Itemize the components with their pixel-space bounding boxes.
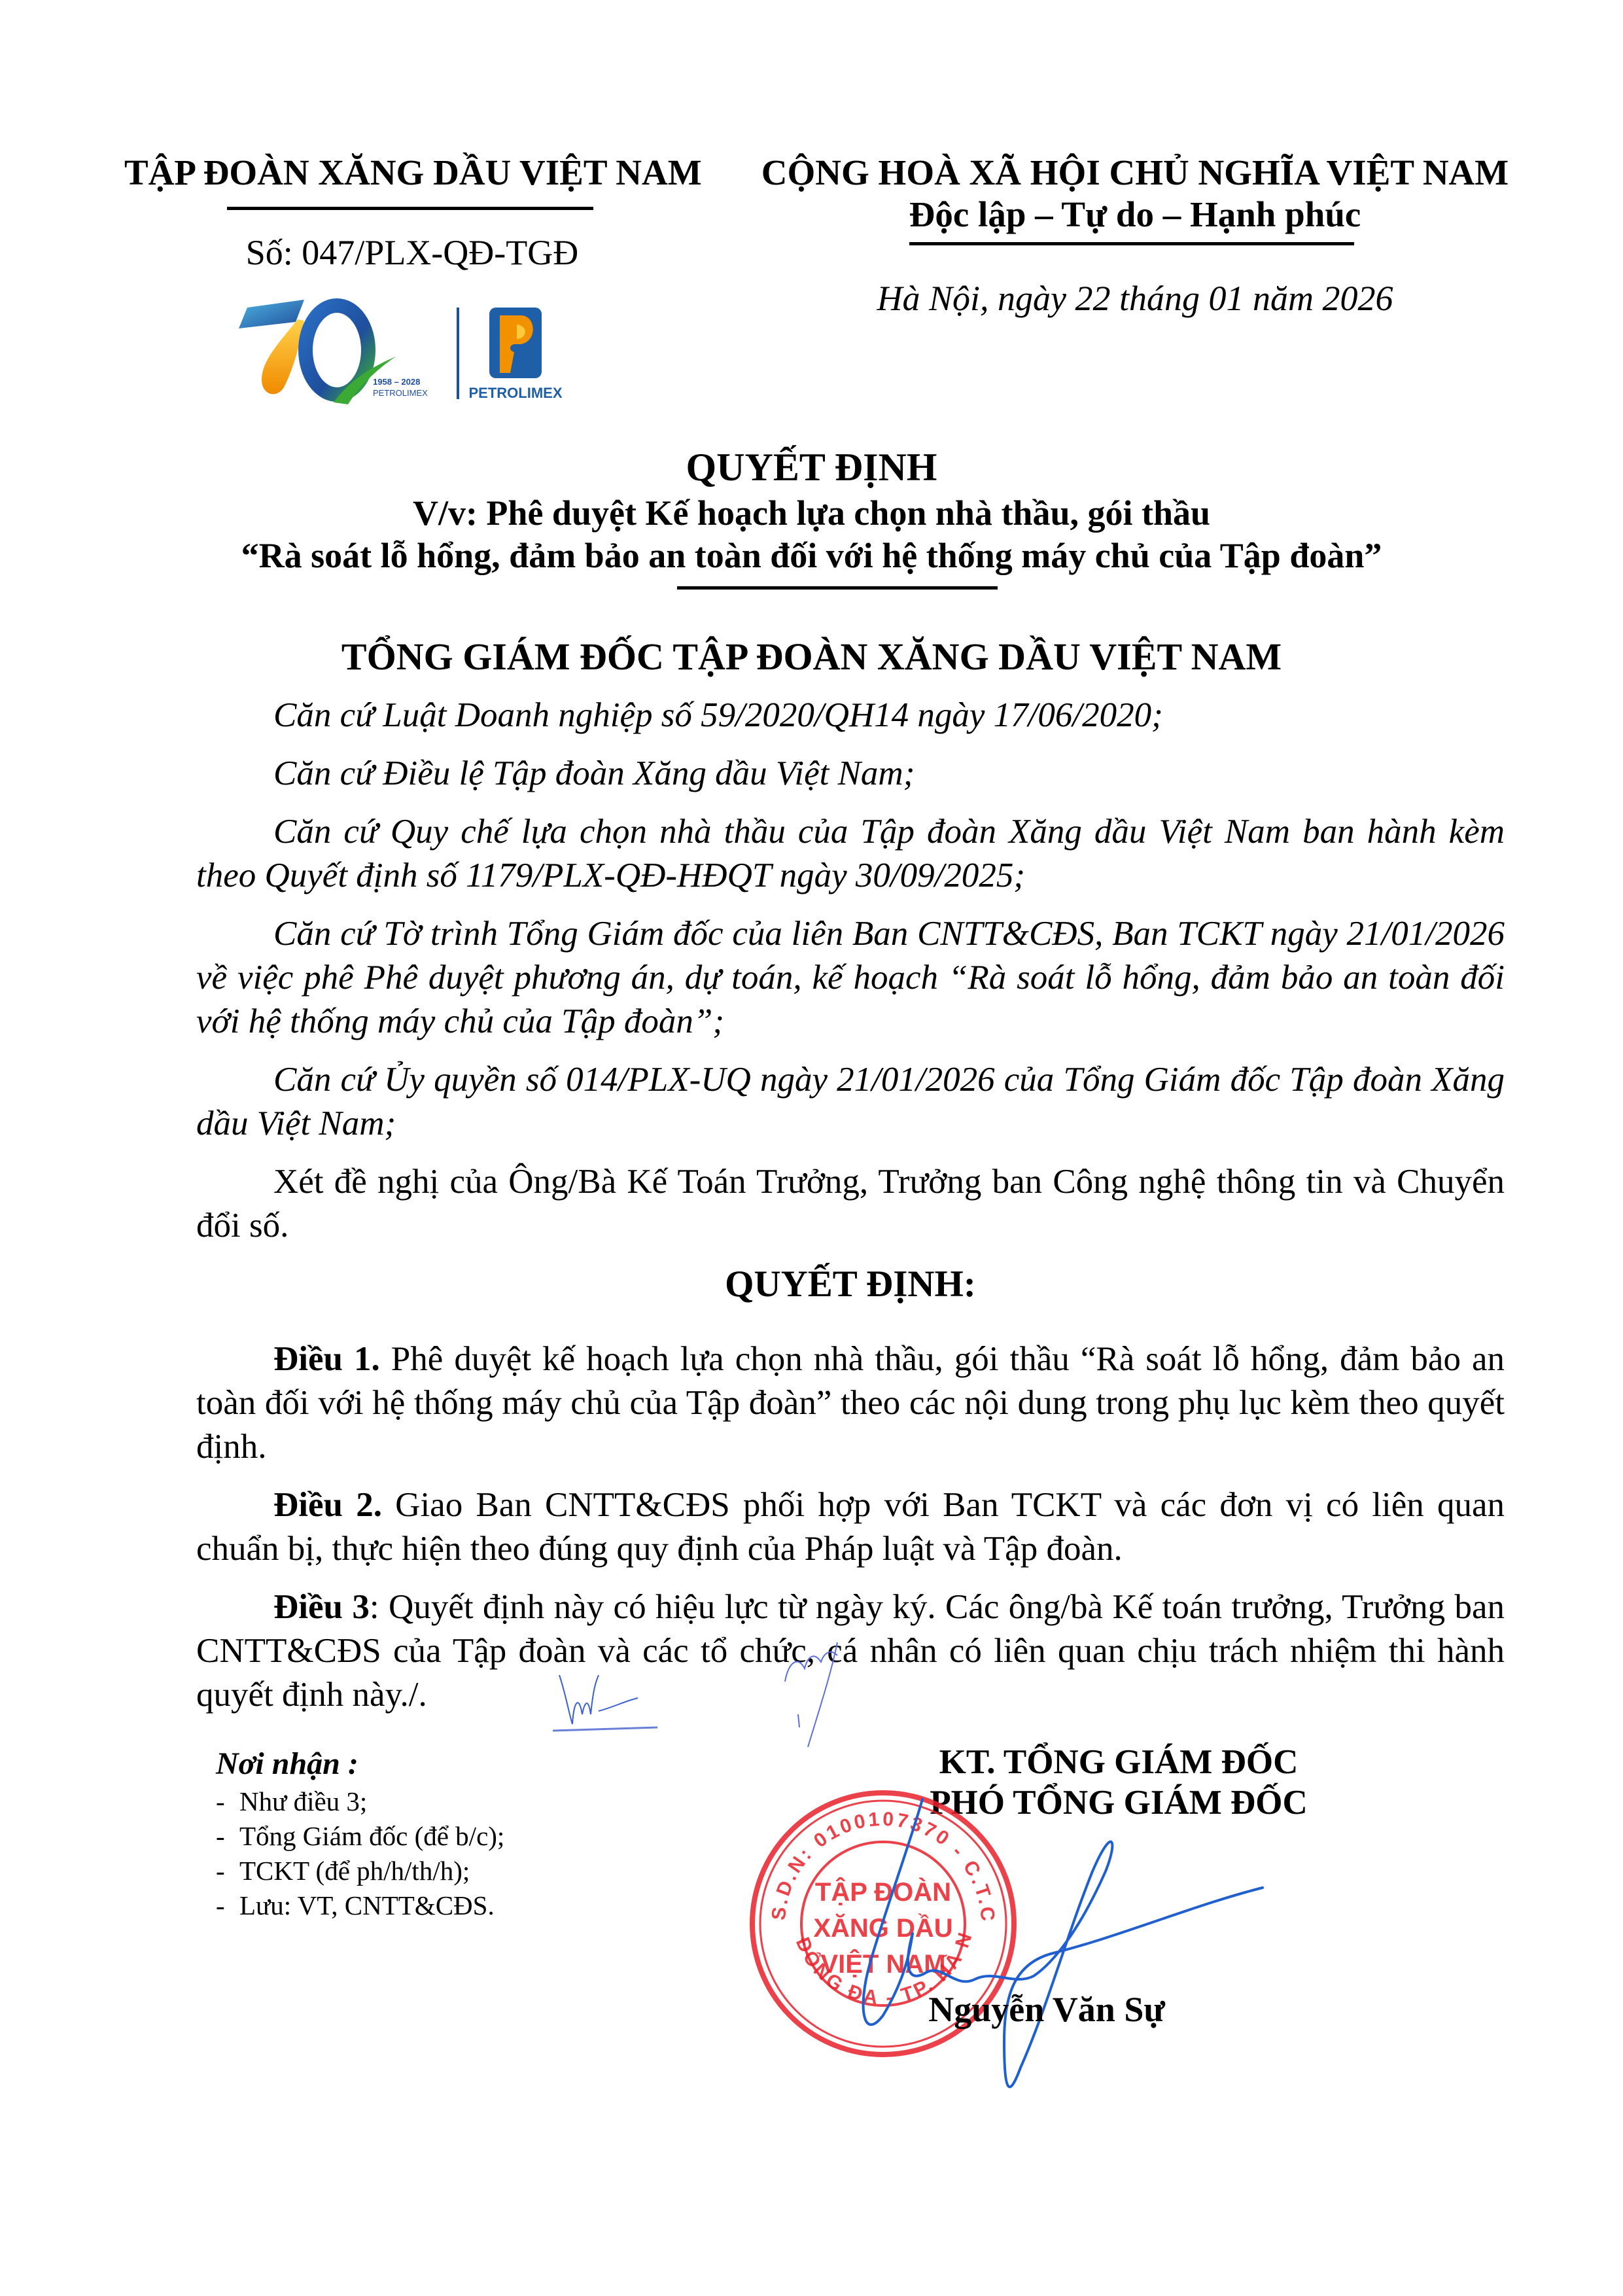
organization-name: TẬP ĐOÀN XĂNG DẦU VIỆT NAM (124, 152, 700, 193)
article-2-label: Điều 2. (273, 1486, 382, 1524)
place-and-date: Hà Nội, ngày 22 tháng 01 năm 2026 (759, 278, 1511, 319)
logo-block: 1958 – 2028 PETROLIMEX PETROLIMEX (236, 288, 628, 406)
article-1-text: Phê duyệt kế hoạch lựa chọn nhà thầu, gó… (196, 1340, 1505, 1466)
initial-signature-2-icon (772, 1642, 864, 1747)
recipients-block: Nơi nhận : -Như điều 3; -Tổng Giám đốc (… (216, 1746, 739, 1923)
subject-line-2: “Rà soát lỗ hổng, đảm bảo an toàn đối vớ… (0, 535, 1623, 576)
national-motto: Độc lập – Tự do – Hạnh phúc (759, 194, 1511, 235)
article-1: Điều 1. Phê duyệt kế hoạch lựa chọn nhà … (196, 1337, 1505, 1469)
legal-basis-4: Căn cứ Tờ trình Tổng Giám đốc của liên B… (196, 912, 1505, 1044)
article-2: Điều 2. Giao Ban CNTT&CĐS phối hợp với B… (196, 1483, 1505, 1571)
title-underline (677, 586, 998, 590)
article-2-text: Giao Ban CNTT&CĐS phối hợp với Ban TCKT … (196, 1486, 1505, 1568)
legal-basis-2: Căn cứ Điều lệ Tập đoàn Xăng dầu Việt Na… (196, 752, 1505, 796)
initial-signature-1-icon (553, 1662, 684, 1734)
legal-basis-3: Căn cứ Quy chế lựa chọn nhà thầu của Tập… (196, 810, 1505, 898)
issuing-authority: TỔNG GIÁM ĐỐC TẬP ĐOÀN XĂNG DẦU VIỆT NAM (0, 635, 1623, 679)
recipients-list: -Như điều 3; -Tổng Giám đốc (để b/c); -T… (216, 1784, 739, 1923)
signatory-title-1: KT. TỔNG GIÁM ĐỐC (824, 1742, 1413, 1782)
republic-heading: CỘNG HOÀ XÃ HỘI CHỦ NGHĨA VIỆT NAM (759, 152, 1511, 193)
document-body: Căn cứ Luật Doanh nghiệp số 59/2020/QH14… (196, 694, 1505, 1731)
decision-heading: QUYẾT ĐỊNH: (196, 1262, 1505, 1306)
document-number: Số: 047/PLX-QĐ-TGĐ (124, 232, 700, 273)
article-1-label: Điều 1. (273, 1340, 380, 1378)
motto-underline (909, 242, 1354, 245)
organization-underline (227, 207, 593, 210)
recipient-item: -Lưu: VT, CNTT&CĐS. (216, 1888, 739, 1923)
recipient-item: -TCKT (để ph/h/th/h); (216, 1854, 739, 1888)
recipients-title: Nơi nhận : (216, 1746, 739, 1782)
subject-line-1: V/v: Phê duyệt Kế hoạch lựa chọn nhà thầ… (0, 493, 1623, 533)
handwritten-signature-icon (805, 1793, 1302, 2146)
legal-basis-1: Căn cứ Luật Doanh nghiệp số 59/2020/QH14… (196, 694, 1505, 737)
signer-name: Nguyễn Văn Sự (850, 1989, 1243, 2030)
anniversary-70-logo-icon: 1958 – 2028 PETROLIMEX PETROLIMEX (236, 288, 628, 406)
svg-text:PETROLIMEX: PETROLIMEX (468, 385, 562, 401)
proposal-paragraph: Xét đề nghị của Ông/Bà Kế Toán Trưởng, T… (196, 1160, 1505, 1248)
svg-text:PETROLIMEX: PETROLIMEX (373, 388, 428, 398)
recipient-item: -Như điều 3; (216, 1784, 739, 1819)
article-3-label: Điều 3 (273, 1588, 370, 1626)
recipient-item: -Tổng Giám đốc (để b/c); (216, 1819, 739, 1854)
svg-text:1958 – 2028: 1958 – 2028 (373, 377, 420, 387)
document-title: QUYẾT ĐỊNH (0, 445, 1623, 490)
legal-basis-5: Căn cứ Ủy quyền số 014/PLX-UQ ngày 21/01… (196, 1058, 1505, 1146)
